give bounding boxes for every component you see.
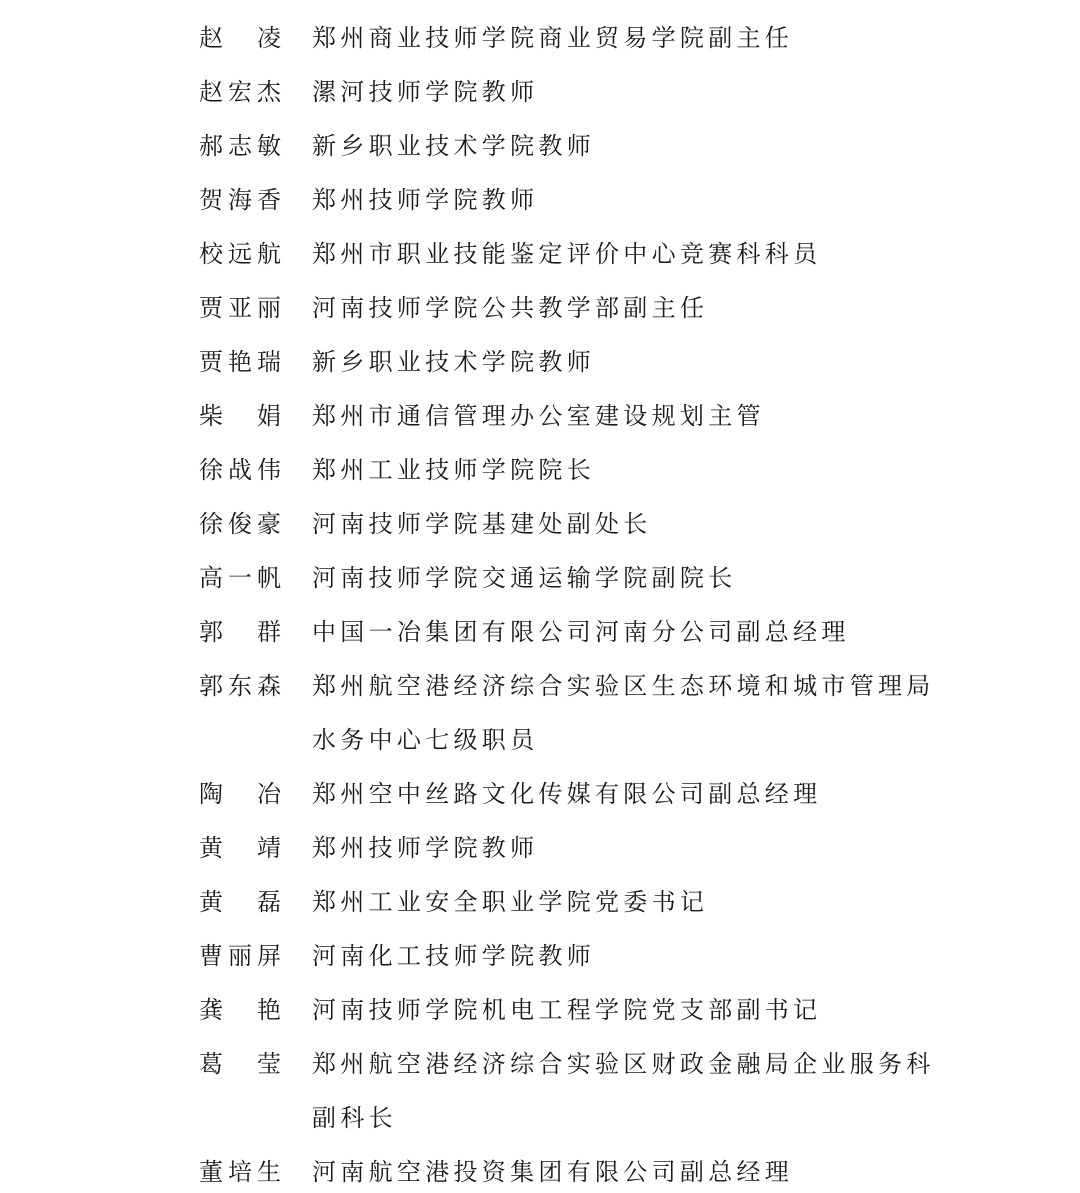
list-item: 高一帆 河南技师学院交通运输学院副院长 xyxy=(198,551,958,605)
list-item: 贾亚丽 河南技师学院公共教学部副主任 xyxy=(198,281,958,335)
person-position: 郑州技师学院教师 xyxy=(312,821,952,875)
person-name: 葛莹 xyxy=(198,1037,282,1091)
person-position: 郑州工业安全职业学院党委书记 xyxy=(312,875,952,929)
list-item: 柴娟 郑州市通信管理办公室建设规划主管 xyxy=(198,389,958,443)
person-position: 新乡职业技术学院教师 xyxy=(312,335,952,389)
personnel-list: 赵凌 郑州商业技师学院商业贸易学院副主任 赵宏杰 漯河技师学院教师 郝志敏 新乡… xyxy=(198,11,958,1193)
person-position: 郑州技师学院教师 xyxy=(312,173,952,227)
person-name: 赵宏杰 xyxy=(198,65,282,119)
list-item: 徐战伟 郑州工业技师学院院长 xyxy=(198,443,958,497)
list-item: 贾艳瑞 新乡职业技术学院教师 xyxy=(198,335,958,389)
list-item: 郝志敏 新乡职业技术学院教师 xyxy=(198,119,958,173)
person-position: 河南化工技师学院教师 xyxy=(312,929,952,983)
list-item: 曹丽屏 河南化工技师学院教师 xyxy=(198,929,958,983)
person-name: 黄磊 xyxy=(198,875,282,929)
person-name: 郭群 xyxy=(198,605,282,659)
person-name: 贾亚丽 xyxy=(198,281,282,335)
person-name: 曹丽屏 xyxy=(198,929,282,983)
person-position: 郑州市通信管理办公室建设规划主管 xyxy=(312,389,952,443)
list-item: 黄靖 郑州技师学院教师 xyxy=(198,821,958,875)
person-position: 郑州工业技师学院院长 xyxy=(312,443,952,497)
list-item: 陶冶 郑州空中丝路文化传媒有限公司副总经理 xyxy=(198,767,958,821)
list-item: 董培生 河南航空港投资集团有限公司副总经理 xyxy=(198,1145,958,1193)
list-item: 葛莹 郑州航空港经济综合实验区财政金融局企业服务科副科长 xyxy=(198,1037,958,1145)
person-position: 郑州商业技师学院商业贸易学院副主任 xyxy=(312,11,952,65)
person-position: 新乡职业技术学院教师 xyxy=(312,119,952,173)
person-name: 董培生 xyxy=(198,1145,282,1193)
person-position: 郑州空中丝路文化传媒有限公司副总经理 xyxy=(312,767,952,821)
person-position: 河南技师学院公共教学部副主任 xyxy=(312,281,952,335)
person-position: 郑州航空港经济综合实验区生态环境和城市管理局水务中心七级职员 xyxy=(312,659,952,767)
list-item: 郭群 中国一冶集团有限公司河南分公司副总经理 xyxy=(198,605,958,659)
list-item: 赵宏杰 漯河技师学院教师 xyxy=(198,65,958,119)
person-name: 郝志敏 xyxy=(198,119,282,173)
person-name: 徐战伟 xyxy=(198,443,282,497)
person-name: 柴娟 xyxy=(198,389,282,443)
list-item: 赵凌 郑州商业技师学院商业贸易学院副主任 xyxy=(198,11,958,65)
person-position: 河南技师学院基建处副处长 xyxy=(312,497,952,551)
person-name: 贺海香 xyxy=(198,173,282,227)
person-name: 郭东森 xyxy=(198,659,282,713)
person-name: 龚艳 xyxy=(198,983,282,1037)
person-name: 校远航 xyxy=(198,227,282,281)
person-name: 高一帆 xyxy=(198,551,282,605)
person-position: 河南技师学院交通运输学院副院长 xyxy=(312,551,952,605)
person-name: 徐俊豪 xyxy=(198,497,282,551)
person-position: 中国一冶集团有限公司河南分公司副总经理 xyxy=(312,605,952,659)
list-item: 龚艳 河南技师学院机电工程学院党支部副书记 xyxy=(198,983,958,1037)
person-position: 河南航空港投资集团有限公司副总经理 xyxy=(312,1145,952,1193)
list-item: 贺海香 郑州技师学院教师 xyxy=(198,173,958,227)
list-item: 徐俊豪 河南技师学院基建处副处长 xyxy=(198,497,958,551)
list-item: 郭东森 郑州航空港经济综合实验区生态环境和城市管理局水务中心七级职员 xyxy=(198,659,958,767)
person-position: 郑州航空港经济综合实验区财政金融局企业服务科副科长 xyxy=(312,1037,952,1145)
person-name: 贾艳瑞 xyxy=(198,335,282,389)
person-position: 郑州市职业技能鉴定评价中心竞赛科科员 xyxy=(312,227,952,281)
person-name: 赵凌 xyxy=(198,11,282,65)
list-item: 黄磊 郑州工业安全职业学院党委书记 xyxy=(198,875,958,929)
person-position: 漯河技师学院教师 xyxy=(312,65,952,119)
person-name: 陶冶 xyxy=(198,767,282,821)
person-name: 黄靖 xyxy=(198,821,282,875)
list-item: 校远航 郑州市职业技能鉴定评价中心竞赛科科员 xyxy=(198,227,958,281)
person-position: 河南技师学院机电工程学院党支部副书记 xyxy=(312,983,952,1037)
